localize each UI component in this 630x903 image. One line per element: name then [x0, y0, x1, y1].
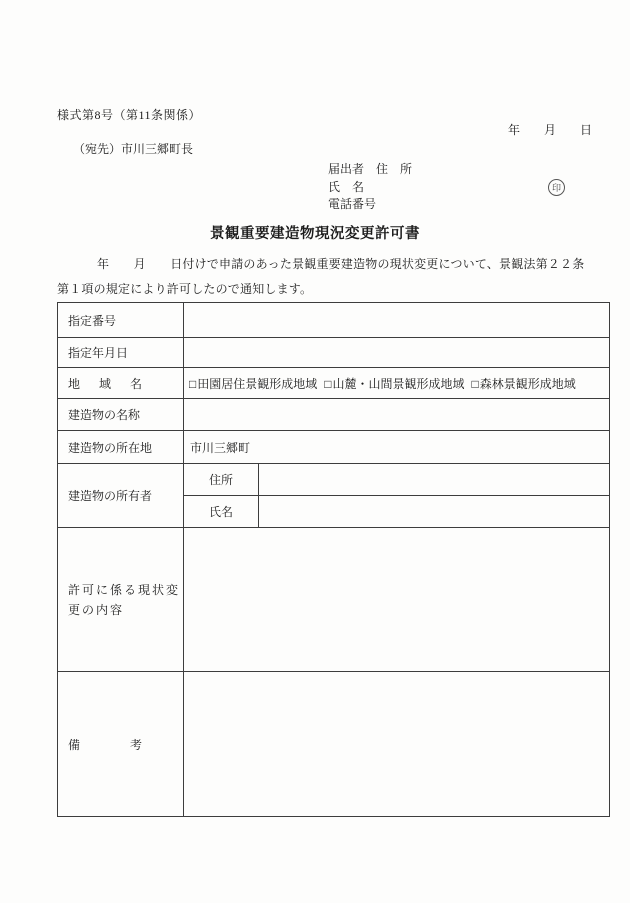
notifier-phone-label: 電話番号: [328, 196, 412, 214]
region-option: □山麓・山間景観形成地域: [324, 377, 464, 391]
checkbox-icon: □: [189, 377, 196, 391]
building-name-value: [184, 399, 610, 431]
body-paragraph-line2: 第１項の規定により許可したので通知します。: [57, 280, 312, 297]
region-option-label: 田園居住景観形成地域: [197, 377, 317, 391]
building-location-value: 市川三郷町: [184, 431, 610, 464]
seal-icon: 印: [548, 179, 565, 196]
body-paragraph-line1: 年 月 日付けで申請のあった景観重要建造物の現状変更について、景観法第２２条: [97, 255, 584, 272]
remarks-label-text: 備考: [68, 736, 142, 753]
region-option: □森林景観形成地域: [472, 377, 576, 391]
region-option: □田園居住景観形成地域: [189, 377, 317, 391]
document-title: 景観重要建造物現況変更許可書: [0, 222, 630, 243]
checkbox-icon: □: [472, 377, 479, 391]
remarks-value: [184, 672, 610, 817]
table-row: 指定番号: [58, 303, 610, 338]
designation-number-label: 指定番号: [58, 303, 184, 338]
owner-name-label: 氏名: [184, 496, 259, 528]
addressee: （宛先）市川三郷町長: [73, 140, 193, 157]
table-row: 指定年月日: [58, 338, 610, 368]
date-line: 年 月 日: [0, 121, 592, 138]
table-row: 許可に係る現状変更の内容: [58, 528, 610, 672]
table-row: 備考: [58, 672, 610, 817]
document-page: 様式第8号（第11条関係） 年 月 日 （宛先）市川三郷町長 届出者 住 所 氏…: [0, 0, 630, 903]
permit-table: 指定番号 指定年月日 地域名 □田園居住景観形成地域 □山麓・山間景観形成地域 …: [57, 302, 610, 817]
table-row: 建造物の名称: [58, 399, 610, 431]
designation-date-label: 指定年月日: [58, 338, 184, 368]
checkbox-icon: □: [324, 377, 331, 391]
permit-change-value: [184, 528, 610, 672]
owner-label: 建造物の所有者: [58, 464, 184, 528]
building-location-label: 建造物の所在地: [58, 431, 184, 464]
region-value-cell: □田園居住景観形成地域 □山麓・山間景観形成地域 □森林景観形成地域: [184, 368, 610, 399]
permit-change-label: 許可に係る現状変更の内容: [58, 528, 184, 672]
notifier-address-label: 届出者 住 所: [328, 161, 412, 179]
designation-date-value: [184, 338, 610, 368]
owner-address-value: [259, 464, 610, 496]
designation-number-value: [184, 303, 610, 338]
region-option-label: 森林景観形成地域: [480, 377, 576, 391]
notifier-block: 届出者 住 所 氏 名 電話番号: [328, 161, 412, 214]
region-label-text: 地域名: [68, 375, 142, 392]
building-name-label: 建造物の名称: [58, 399, 184, 431]
remarks-label: 備考: [58, 672, 184, 817]
region-label: 地域名: [58, 368, 184, 399]
table-row: 建造物の所在地 市川三郷町: [58, 431, 610, 464]
table-row: 地域名 □田園居住景観形成地域 □山麓・山間景観形成地域 □森林景観形成地域: [58, 368, 610, 399]
table-row: 建造物の所有者 住所: [58, 464, 610, 496]
owner-address-label: 住所: [184, 464, 259, 496]
region-option-label: 山麓・山間景観形成地域: [333, 377, 465, 391]
notifier-name-label: 氏 名: [328, 179, 412, 197]
owner-name-value: [259, 496, 610, 528]
